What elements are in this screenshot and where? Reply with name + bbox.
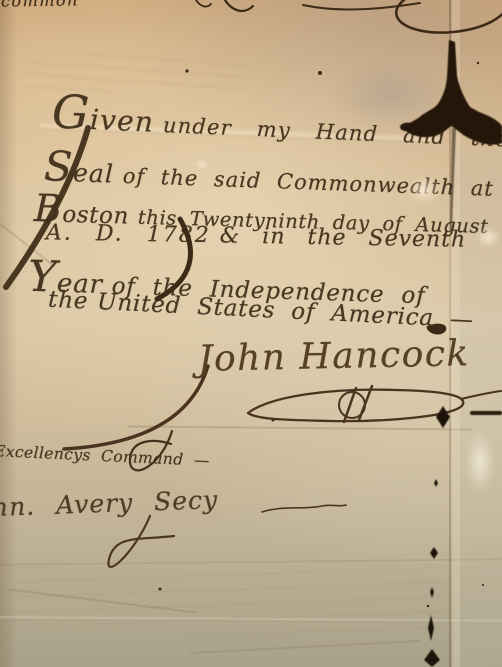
worm-holes [424,406,450,667]
framed-document-photo: common Givenunder my Hand and the Sealof… [0,0,502,667]
paper-damage [0,0,502,667]
paper-tear-hole [400,123,416,132]
glass-glare-spot [466,430,494,494]
right-edge-ink-dash [470,411,502,415]
glass-glare-spot [194,158,209,171]
glass-glare-spot [406,174,442,206]
glass-glare-spot [476,226,500,248]
fold-crack [450,128,456,230]
